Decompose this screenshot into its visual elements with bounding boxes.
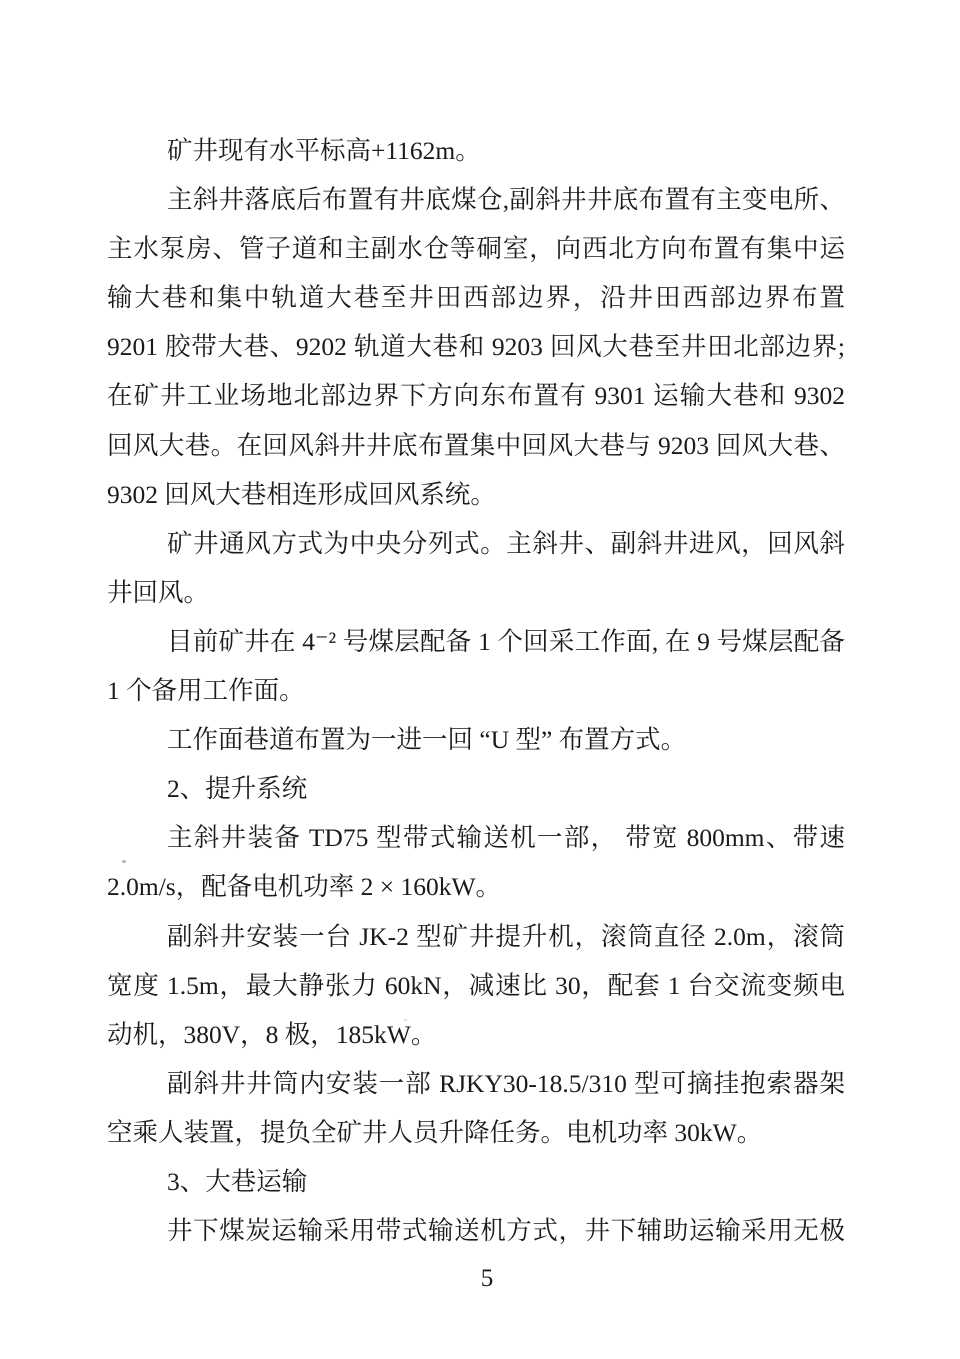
text-line: 井下煤炭运输采用带式输送机方式，井下辅助运输采用无极: [107, 1206, 845, 1255]
text-line: 动机，380V，8 极，185kW。: [107, 1010, 845, 1059]
text-line: 副斜井安装一台 JK-2 型矿井提升机，滚筒直径 2.0m，滚筒: [107, 912, 845, 961]
text-line: 输大巷和集中轨道大巷至井田西部边界，沿井田西部边界布置: [107, 273, 845, 322]
text-line: 副斜井井筒内安装一部 RJKY30-18.5/310 型可摘挂抱索器架: [107, 1059, 845, 1108]
body-text: 矿井现有水平标高+1162m。主斜井落底后布置有井底煤仓,副斜井井底布置有主变电…: [107, 126, 845, 1255]
text-line: 目前矿井在 4⁻² 号煤层配备 1 个回采工作面, 在 9 号煤层配备: [107, 617, 845, 666]
page-number: 5: [0, 1263, 960, 1295]
text-line: 主斜井装备 TD75 型带式输送机一部， 带宽 800mm、带速: [107, 813, 845, 862]
text-line: 2、提升系统: [107, 764, 845, 813]
text-line: 2.0m/s，配备电机功率 2 × 160kW。: [107, 862, 845, 911]
document-page: 矿井现有水平标高+1162m。主斜井落底后布置有井底煤仓,副斜井井底布置有主变电…: [0, 0, 960, 1359]
text-line: 工作面巷道布置为一进一回 “U 型” 布置方式。: [107, 715, 845, 764]
text-line: 井回风。: [107, 568, 845, 617]
text-line: 3、大巷运输: [107, 1157, 845, 1206]
scan-speck: [404, 1019, 407, 1021]
text-line: 主水泵房、管子道和主副水仓等硐室，向西北方向布置有集中运: [107, 224, 845, 273]
text-line: 9201 胶带大巷、9202 轨道大巷和 9203 回风大巷至井田北部边界;: [107, 322, 845, 371]
text-line: 回风大巷。在回风斜井井底布置集中回风大巷与 9203 回风大巷、: [107, 421, 845, 470]
scan-speck: [122, 860, 126, 863]
text-line: 宽度 1.5m，最大静张力 60kN，减速比 30，配套 1 台交流变频电: [107, 961, 845, 1010]
text-line: 9302 回风大巷相连形成回风系统。: [107, 470, 845, 519]
text-line: 主斜井落底后布置有井底煤仓,副斜井井底布置有主变电所、: [107, 175, 845, 224]
text-line: 在矿井工业场地北部边界下方向东布置有 9301 运输大巷和 9302: [107, 371, 845, 420]
text-line: 空乘人装置，提负全矿井人员升降任务。电机功率 30kW。: [107, 1108, 845, 1157]
text-line: 矿井通风方式为中央分列式。主斜井、副斜井进风，回风斜: [107, 519, 845, 568]
text-line: 矿井现有水平标高+1162m。: [107, 126, 845, 175]
text-line: 1 个备用工作面。: [107, 666, 845, 715]
